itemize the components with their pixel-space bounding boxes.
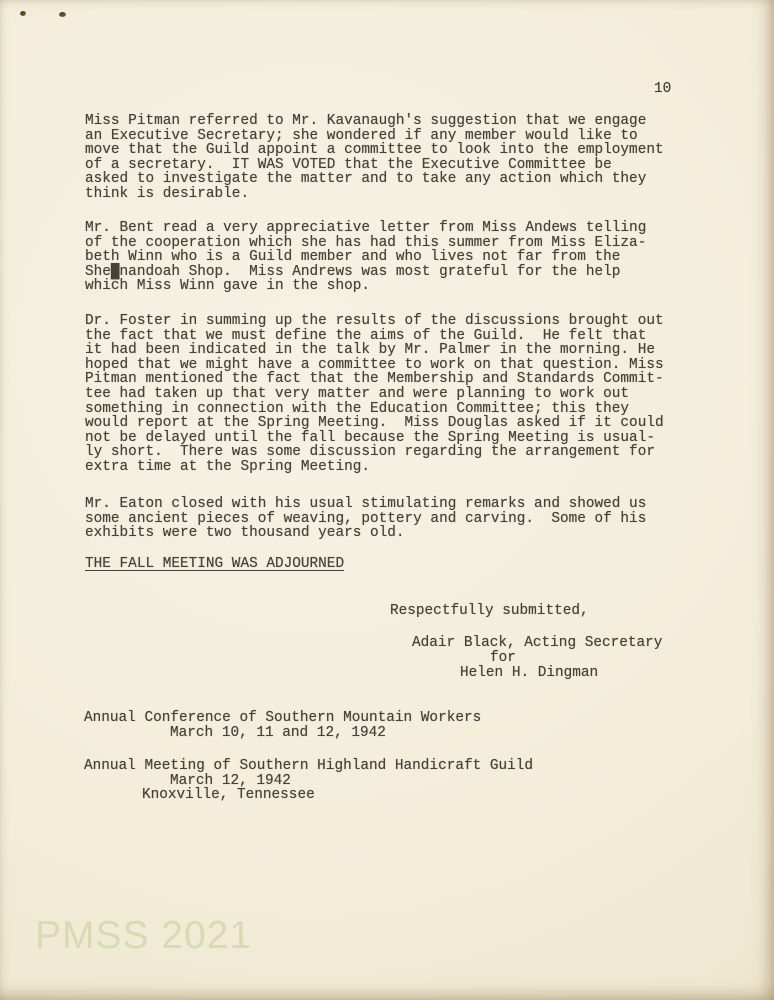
signature-for-label: for	[490, 651, 516, 666]
paragraph-bent-letter: Mr. Bent read a very appreciative letter…	[85, 221, 646, 294]
footer-meeting-location: Knoxville, Tennessee	[142, 788, 315, 803]
watermark: PMSS 2021	[35, 914, 252, 958]
signature-on-behalf-of: Helen H. Dingman	[460, 666, 598, 681]
signature-name: Adair Black, Acting Secretary	[412, 636, 662, 651]
paragraph-pitman-executive-secretary: Miss Pitman referred to Mr. Kavanaugh's …	[85, 114, 664, 202]
paragraph-foster-summary: Dr. Foster in summing up the results of …	[85, 314, 664, 475]
paper-speck	[20, 11, 26, 16]
paragraph-eaton-closing: Mr. Eaton closed with his usual stimulat…	[85, 497, 646, 541]
paper-speck	[59, 12, 66, 17]
footer-meeting-title: Annual Meeting of Southern Highland Hand…	[84, 759, 533, 774]
adjournment-heading: THE FALL MEETING WAS ADJOURNED	[85, 557, 344, 572]
signature-closing: Respectfully submitted,	[390, 604, 589, 619]
footer-conference-date: March 10, 11 and 12, 1942	[170, 726, 386, 741]
page-number: 10	[654, 82, 671, 97]
footer-conference-title: Annual Conference of Southern Mountain W…	[84, 711, 481, 726]
scanned-document-page: 10 Miss Pitman referred to Mr. Kavanaugh…	[0, 0, 774, 1000]
